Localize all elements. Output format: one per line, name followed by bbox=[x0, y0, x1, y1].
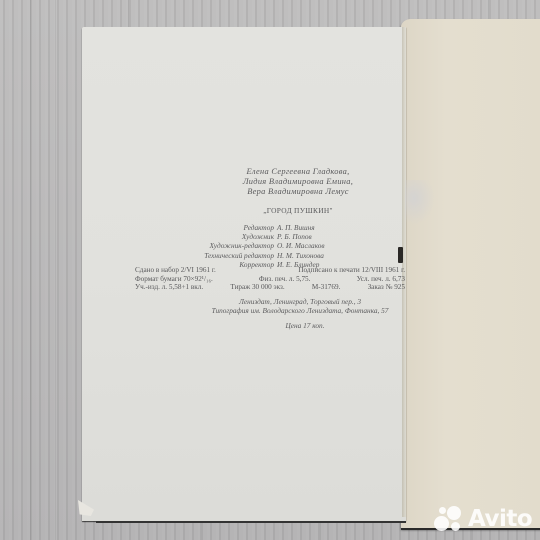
credit-row: Технический редактор Н. М. Тихонова bbox=[0, 251, 540, 260]
price: Цена 17 коп. bbox=[0, 321, 540, 330]
credit-role: Редактор bbox=[0, 223, 277, 232]
paper-format: Формат бумаги 70×92¹/₁₆. bbox=[135, 275, 213, 284]
credit-role: Технический редактор bbox=[0, 251, 277, 260]
author-name: Елена Сергеевна Гладкова, bbox=[136, 167, 460, 177]
credit-name: Н. М. Тихонова bbox=[277, 251, 324, 260]
print-run: Тираж 30 000 экз. bbox=[230, 283, 284, 292]
license-number: М-31769. bbox=[312, 283, 341, 292]
conventional-sheets: Усл. печ. л. 6,73 bbox=[357, 275, 405, 284]
avito-watermark: Avito bbox=[434, 506, 532, 532]
physical-sheets: Физ. печ. л. 5,75. bbox=[259, 275, 311, 284]
imprint-line: Лениздат, Ленинград, Торговый пер., 3 bbox=[60, 297, 540, 306]
order-number: Заказ № 925 bbox=[368, 283, 405, 292]
author-name: Лидия Владимировна Емина, bbox=[136, 177, 460, 187]
credit-row: Художник-редактор О. И. Маслаков bbox=[0, 241, 540, 250]
credit-role: Художник bbox=[0, 232, 277, 241]
avito-logo-text: Avito bbox=[468, 506, 532, 532]
publisher-imprint: Лениздат, Ленинград, Торговый пер., 3 Ти… bbox=[0, 297, 540, 316]
authors-list: Елена Сергеевна Гладкова, Лидия Владимир… bbox=[0, 167, 540, 197]
credit-name: О. И. Маслаков bbox=[277, 241, 325, 250]
publication-line: Уч.-изд. л. 5,58+1 вкл. Тираж 30 000 экз… bbox=[135, 283, 405, 292]
publication-line: Сдано в набор 2/VI 1961 г. Подписано к п… bbox=[135, 266, 405, 275]
credit-row: Редактор А. П. Вишня bbox=[0, 223, 540, 232]
publisher-sheets: Уч.-изд. л. 5,58+1 вкл. bbox=[135, 283, 203, 292]
credit-row: Художник Р. Б. Попов bbox=[0, 232, 540, 241]
author-name: Вера Владимировна Лемус bbox=[136, 187, 460, 197]
book-title: „ГОРОД ПУШКИН" bbox=[0, 206, 540, 215]
publication-line: Формат бумаги 70×92¹/₁₆. Физ. печ. л. 5,… bbox=[135, 275, 405, 284]
avito-dots-icon bbox=[434, 506, 464, 532]
publication-details: Сдано в набор 2/VI 1961 г. Подписано к п… bbox=[135, 266, 405, 292]
credits-list: Редактор А. П. Вишня Художник Р. Б. Попо… bbox=[0, 223, 540, 269]
credit-role: Художник-редактор bbox=[0, 241, 277, 250]
typeset-date: Сдано в набор 2/VI 1961 г. bbox=[135, 266, 216, 275]
print-signed-date: Подписано к печати 12/VIII 1961 г. bbox=[298, 266, 405, 275]
credit-name: А. П. Вишня bbox=[277, 223, 315, 232]
back-cover-page bbox=[401, 19, 540, 528]
credit-name: Р. Б. Попов bbox=[277, 232, 312, 241]
imprint-line: Типография им. Володарского Лениздата, Ф… bbox=[60, 306, 540, 315]
